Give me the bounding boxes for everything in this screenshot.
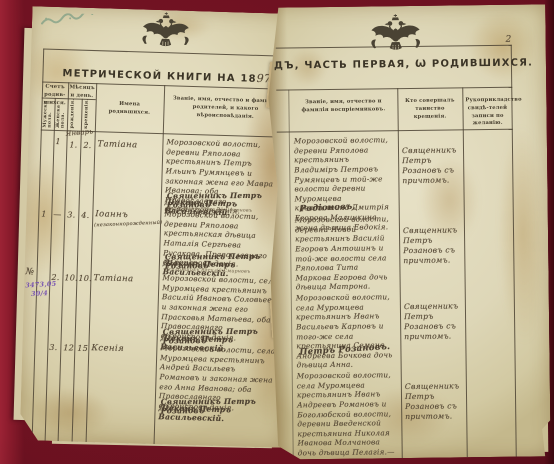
child-name: Ксенія <box>91 343 124 354</box>
header-count-female: Женска пола. <box>57 100 67 128</box>
margin-annotation-purple2: 30/4 <box>31 289 48 298</box>
deacon-signature: Діаконъ Петръ Васильевскій. <box>158 403 282 425</box>
header-godparents: Званіе, имя, отчество и фамилія воспріем… <box>294 98 392 115</box>
header-names: Имена родившихся. <box>97 100 161 117</box>
performer-entry: Священникъ Петръ Розановъ съ причтомъ. <box>402 145 459 186</box>
baptized-day: 2. <box>83 141 91 150</box>
born-day: 3. <box>67 210 75 219</box>
baptized-day: 4. <box>81 211 89 220</box>
born-day: 1. <box>69 140 77 149</box>
margin-number-mark: № <box>25 267 34 277</box>
count-female: — <box>53 210 62 219</box>
count-male: 1 <box>41 210 47 219</box>
header-count-male: Мужеска пола. <box>44 100 54 128</box>
left-page: МЕТРИЧЕСКОЙ КНИГИ НА 1897 Счетъ родив-ши… <box>20 6 295 448</box>
record-row-3-right: Морозовской волости, села Муромцева крес… <box>267 4 545 7</box>
count-female: 1 <box>55 137 61 146</box>
performer-entry: Священникъ Петръ Розановъ съ причтомъ. <box>405 381 462 422</box>
header-witnesses: Рукоприкладство свидѣ-телей записи по же… <box>465 97 509 129</box>
book-photo: МЕТРИЧЕСКОЙ КНИГИ НА 1897 Счетъ родив-ши… <box>0 0 554 464</box>
godparents-entry: Морозовской волости, деревни Новой крест… <box>295 214 396 292</box>
child-name-note: (незаконнорожденный) <box>94 220 163 229</box>
count-female: 2. <box>51 273 59 282</box>
header-date-birth: рожденія. <box>71 100 76 128</box>
header-performer: Кто совершалъ таинство крещенія. <box>400 97 459 121</box>
record-row-1-right: Морозовской волости, деревни Ряполова кр… <box>267 4 545 7</box>
baptized-day: 15 <box>77 344 88 353</box>
month-label: Январь <box>65 127 93 138</box>
right-page: 2 ДЪ, ЧАСТЬ ПЕРВАЯ, Ѡ РОДИВШИХСЯ. Званіе… <box>267 4 551 459</box>
record-row-2-right: Морозовской волости, деревни Новой крест… <box>267 4 545 7</box>
performer-entry: Священникъ Петръ Розановъ съ причтомъ. <box>403 225 460 266</box>
imperial-eagle-icon <box>367 14 424 61</box>
header-date-baptism: крещенія. <box>85 101 90 129</box>
record-row-4-right: Морозовской волости, села Муромцева крес… <box>267 4 545 7</box>
child-name: Татіана <box>93 273 133 284</box>
baptized-day: 10. <box>78 274 92 283</box>
born-day: 12 <box>63 343 74 352</box>
godparents-entry: Морозовской волости, села Муромцева крес… <box>296 292 397 370</box>
child-name: Іоаннъ <box>95 209 128 220</box>
count-female: 3. <box>49 343 57 352</box>
folio-number: 2 <box>506 35 512 45</box>
born-day: 10. <box>64 273 78 282</box>
right-page-title: ДЪ, ЧАСТЬ ПЕРВАЯ, Ѡ РОДИВШИХСЯ. <box>274 57 533 71</box>
godparents-entry: Морозовской волости, села Муромцева крес… <box>297 370 398 458</box>
performer-entry: Священникъ Петръ Розановъ съ причтомъ. <box>404 301 461 342</box>
archival-stamp-mark <box>40 12 104 30</box>
child-name: Татіана <box>97 139 137 150</box>
